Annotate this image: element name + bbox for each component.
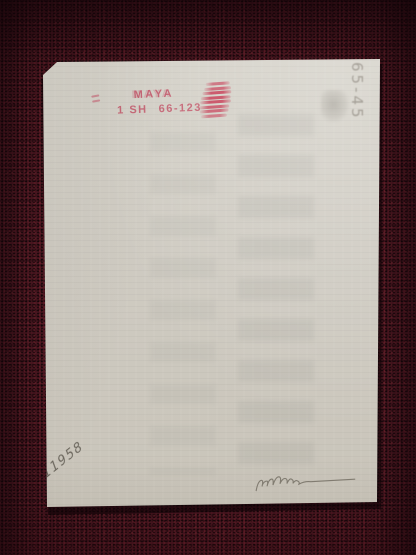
pencil-date-number: 11958 [40,439,86,482]
poster-showthrough [238,108,314,480]
stripe [201,95,231,100]
distributor-stamp: MAYA 1 SH 66-123 [89,81,240,128]
stamp-codes: 1 SH 66-123 [117,102,202,117]
stripe [200,108,229,113]
stripe [206,81,230,86]
stamp-number: 66-123 [158,102,202,116]
stamp-title: MAYA [133,88,174,101]
poster-showthrough [150,125,216,475]
stripe [201,113,227,118]
stripe [199,104,229,109]
stamp-size-code: 1 SH [117,104,148,117]
stamp-stripes [197,81,239,120]
stripe [202,90,231,95]
pencil-code-vertical: 65-45 [348,62,366,121]
stripe [204,86,231,91]
signature-scribble [250,470,357,500]
partial-stamp-mark [91,94,101,105]
photograph: MAYA 1 SH 66-123 65-45 11958 [0,0,416,555]
stripe [200,99,231,104]
poster-paper: MAYA 1 SH 66-123 65-45 11958 [0,0,416,555]
pencil-smudge [321,90,349,122]
